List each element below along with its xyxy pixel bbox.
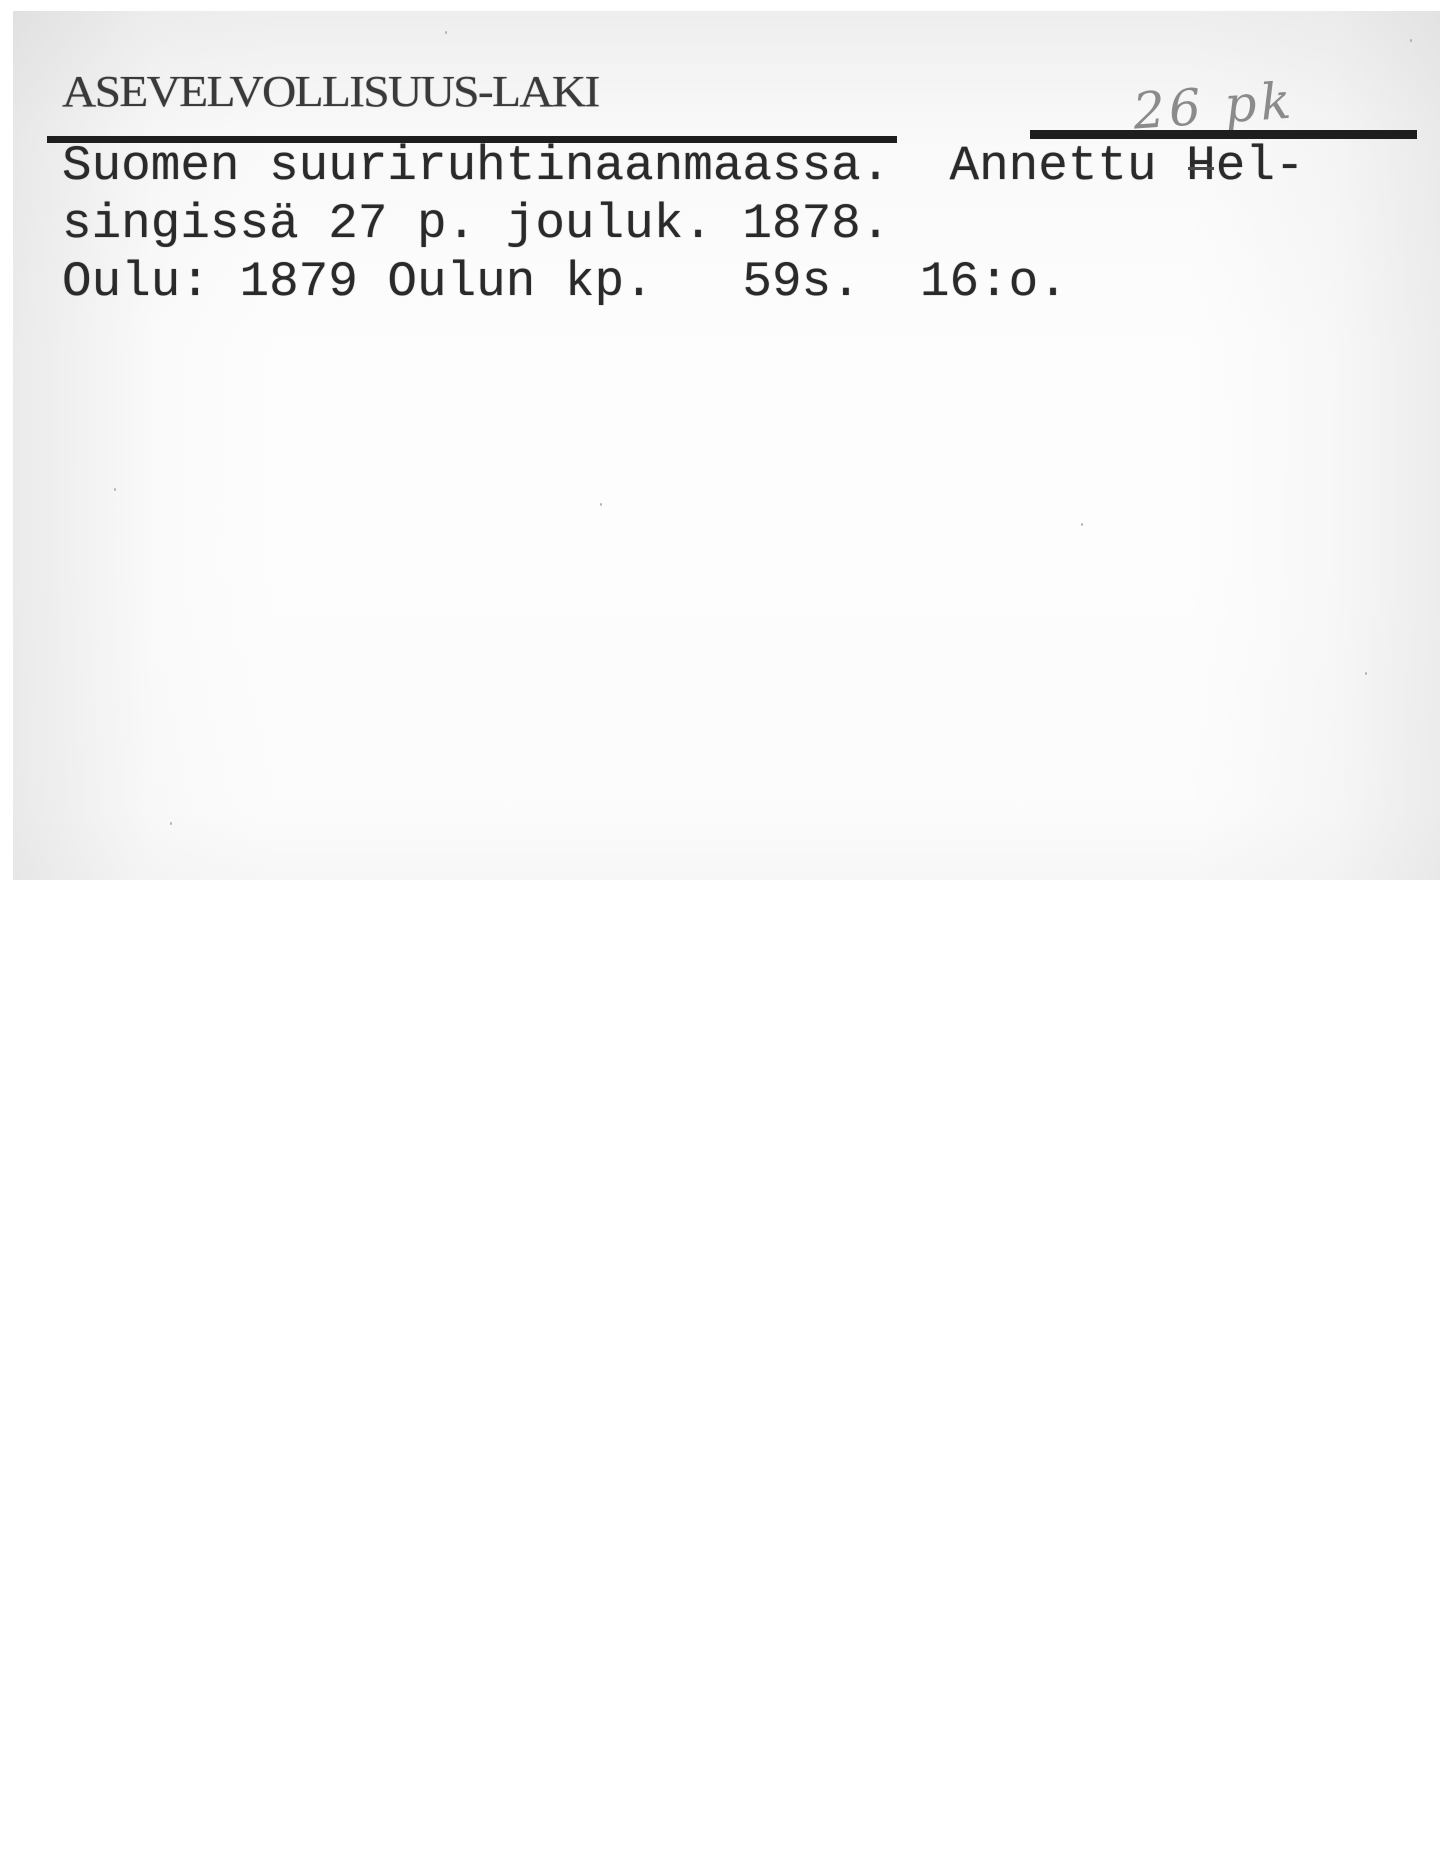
paper-speck — [1081, 523, 1083, 526]
card-line-3: Oulu: 1879 Oulun kp. 59s. 16:o. — [62, 258, 1068, 307]
paper-speck — [600, 503, 602, 506]
card-line-1-text: Suomen suuriruhtinaanmaassa. Annettu — [62, 138, 1186, 194]
card-heading: ASEVELVOLLISUUS-LAKI — [62, 70, 599, 114]
paper-speck — [1365, 672, 1367, 675]
card-line-1-tail: el- — [1216, 138, 1305, 194]
card-line-2: singissä 27 p. jouluk. 1878. — [62, 200, 890, 249]
paper-speck — [445, 31, 447, 34]
paper-speck — [114, 488, 116, 491]
paper-speck — [170, 822, 172, 825]
card-line-1: Suomen suuriruhtinaanmaassa. Annettu Hel… — [62, 142, 1305, 191]
handwritten-shelf-note: 26 pk — [1131, 75, 1296, 136]
catalog-card: ASEVELVOLLISUUS-LAKI 26 pk Suomen suurir… — [13, 11, 1440, 880]
struck-letter: H — [1186, 138, 1216, 194]
paper-speck — [1410, 39, 1412, 42]
